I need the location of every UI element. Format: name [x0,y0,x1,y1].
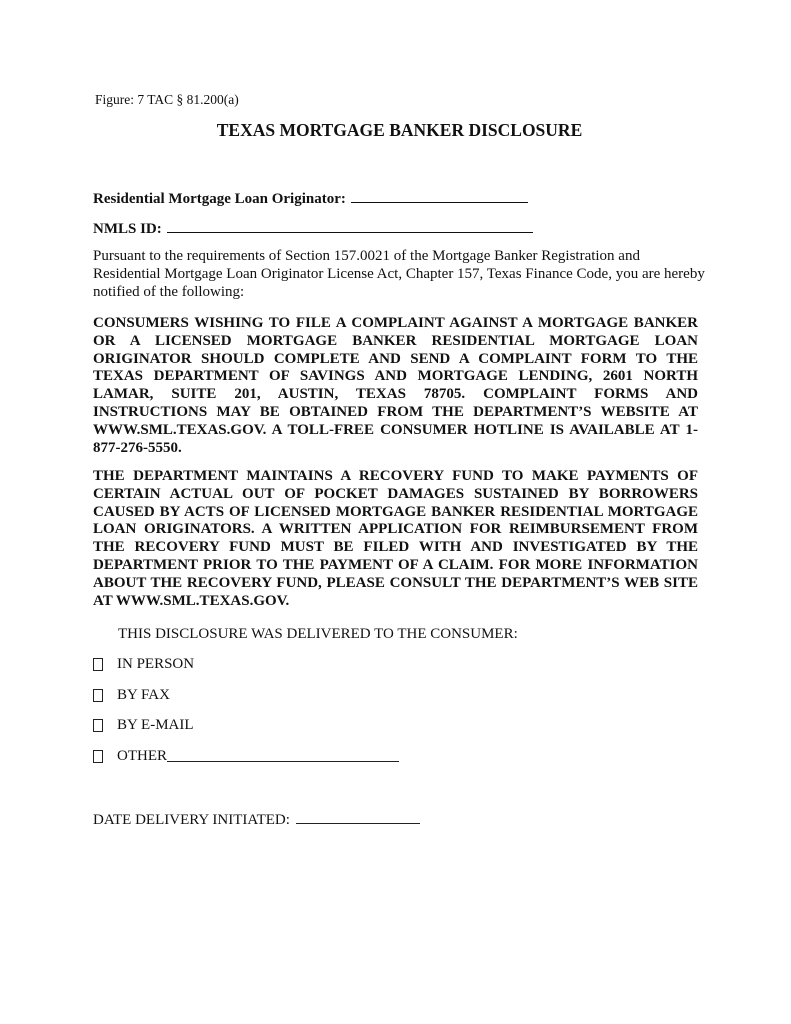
complaint-notice-paragraph: CONSUMERS WISHING TO FILE A COMPLAINT AG… [93,315,698,457]
delivery-option-label: OTHER [117,748,167,765]
delivery-option-label: IN PERSON [117,656,194,673]
loan-originator-label: Residential Mortgage Loan Originator: [93,191,346,208]
document-page: Figure: 7 TAC § 81.200(a) TEXAS MORTGAGE… [0,0,791,1024]
document-title-text: TEXAS MORTGAGE BANKER DISCLOSURE [217,120,583,141]
delivery-option-label: BY E-MAIL [117,717,194,734]
delivery-option-by-email[interactable]: BY E-MAIL [93,717,194,734]
loan-originator-field: Residential Mortgage Loan Originator: [93,188,528,208]
nmls-id-field: NMLS ID: [93,218,533,238]
delivery-method-heading: THIS DISCLOSURE WAS DELIVERED TO THE CON… [118,626,518,643]
delivery-option-other[interactable]: OTHER [93,748,399,765]
date-delivery-label: DATE DELIVERY INITIATED: [93,812,290,829]
delivery-option-by-fax[interactable]: BY FAX [93,687,170,704]
date-delivery-field: DATE DELIVERY INITIATED: [93,809,420,829]
date-delivery-input[interactable] [296,809,420,824]
other-method-input[interactable] [167,747,399,762]
figure-reference: Figure: 7 TAC § 81.200(a) [95,92,239,108]
checkbox-in-person[interactable] [93,658,103,671]
delivery-option-label: BY FAX [117,687,170,704]
recovery-fund-paragraph: THE DEPARTMENT MAINTAINS A RECOVERY FUND… [93,468,698,610]
intro-paragraph: Pursuant to the requirements of Section … [93,247,705,301]
checkbox-by-fax[interactable] [93,689,103,702]
nmls-id-input[interactable] [167,218,533,233]
nmls-id-label: NMLS ID: [93,221,162,238]
document-title: TEXAS MORTGAGE BANKER DISCLOSURE [0,120,791,141]
delivery-option-in-person[interactable]: IN PERSON [93,656,194,673]
checkbox-by-email[interactable] [93,719,103,732]
loan-originator-input[interactable] [351,188,528,203]
checkbox-other[interactable] [93,750,103,763]
